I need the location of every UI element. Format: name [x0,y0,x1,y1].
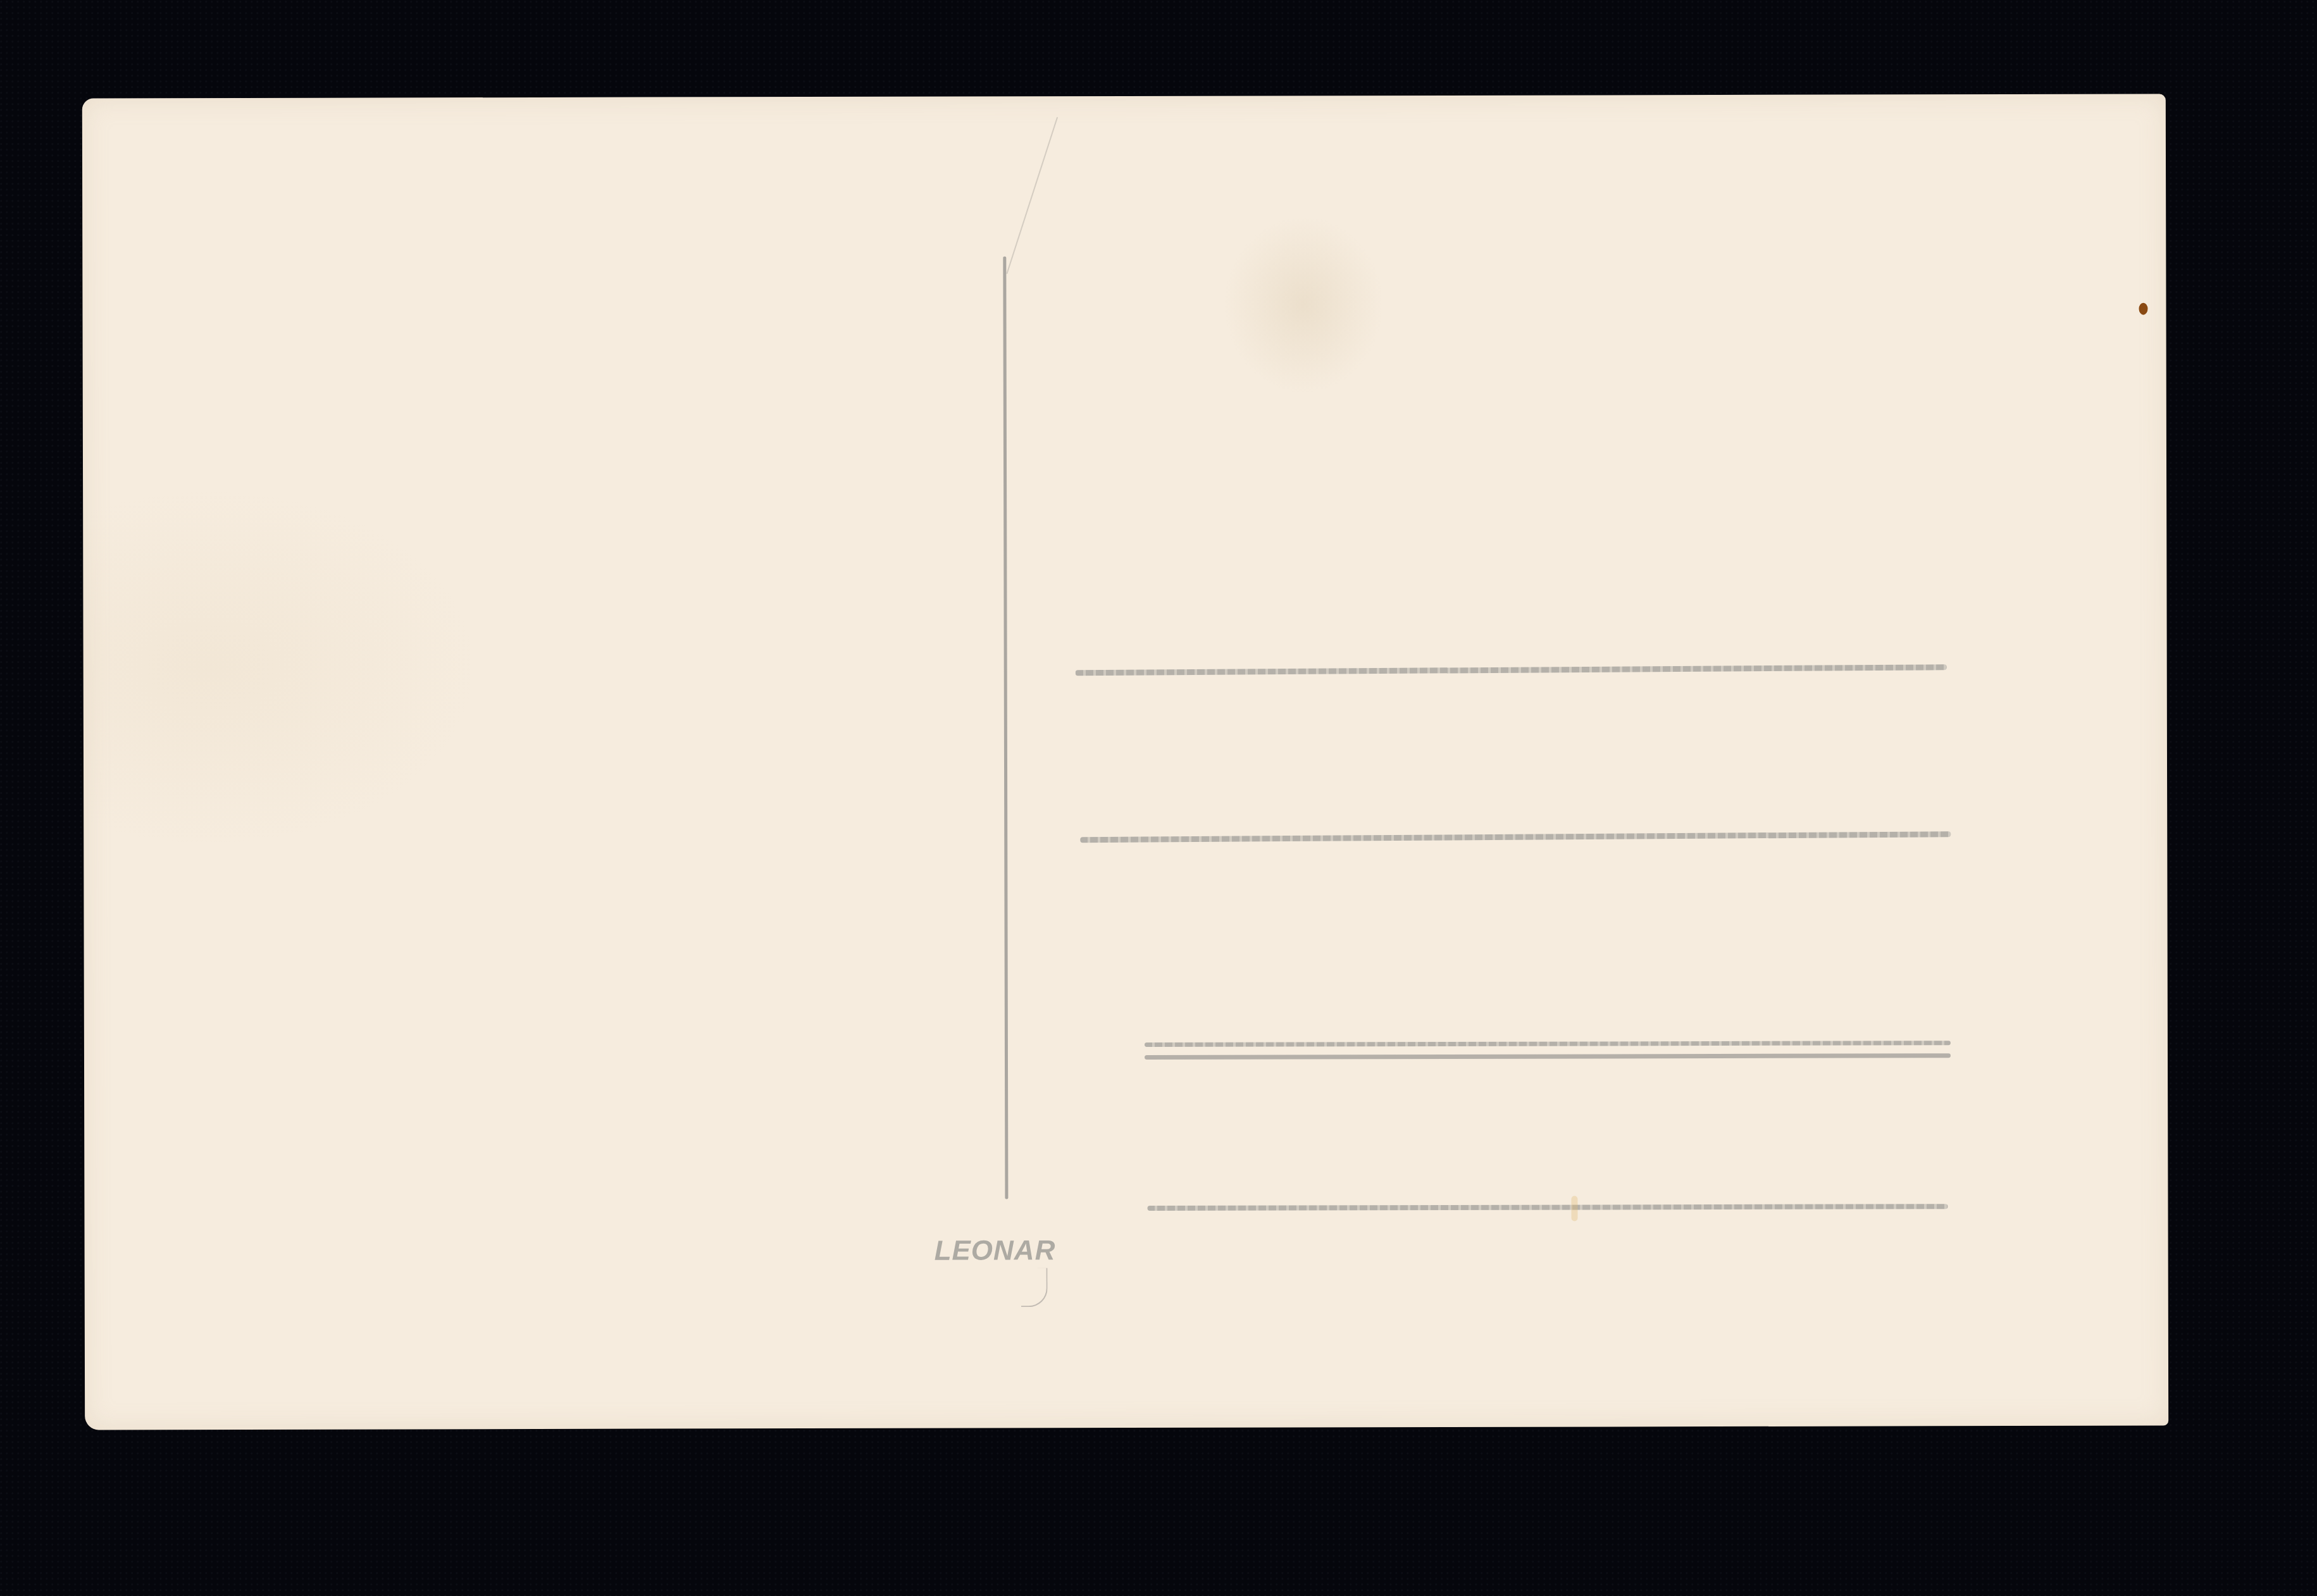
foxing-spot [2139,303,2147,315]
postcard-back: LEONAR [82,94,2168,1430]
pencil-mark [1006,117,1058,274]
center-divider [1003,256,1008,1199]
address-line-3-lower [1145,1053,1951,1060]
address-line-3-upper [1145,1041,1951,1047]
paper-stain [1571,1196,1577,1222]
address-line-4 [1147,1204,1947,1211]
publisher-mark: LEONAR [935,1235,1056,1266]
address-line-1 [1076,664,1947,676]
address-line-2 [1080,831,1951,843]
publisher-flourish [1021,1268,1048,1307]
